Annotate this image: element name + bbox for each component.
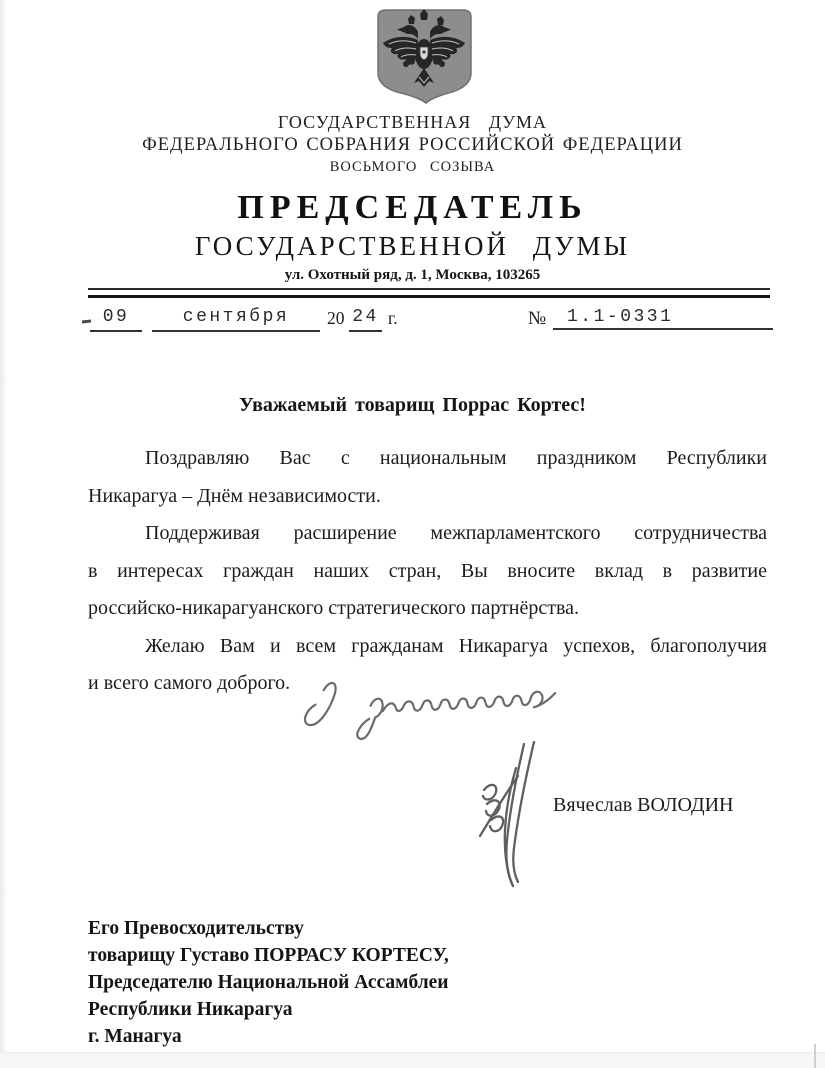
scanned-letter-page: ГОСУДАРСТВЕННАЯ ДУМА ФЕДЕРАЛЬНОГО СОБРАН… — [0, 0, 825, 1068]
letter-body: Поздравляю Вас с национальным праздником… — [88, 440, 767, 703]
date-year-prefix: 20 — [327, 308, 345, 329]
closing-handwriting-icon — [283, 660, 602, 766]
number-sign-label: № — [528, 308, 546, 330]
date-month-field: сентября — [152, 305, 320, 332]
recipient-line: Председателю Национальной Ассамблеи — [88, 969, 449, 996]
signer-name: Вячеслав ВОЛОДИН — [553, 794, 733, 817]
recipient-block: Его Превосходительству товарищу Густаво … — [88, 915, 449, 1050]
recipient-line: товарищу Густаво ПОРРАСУ КОРТЕСУ, — [88, 942, 449, 969]
scan-edge-bottom — [0, 1052, 825, 1068]
paragraph-line: Поддерживая расширение межпарламентского… — [88, 515, 767, 553]
reference-number-field: 1.1-0331 — [553, 305, 773, 330]
recipient-line: г. Манагуа — [88, 1023, 449, 1050]
org-convocation-line: ВОСЬМОГО СОЗЫВА — [0, 159, 825, 176]
paragraph-line: в интересах граждан наших стран, Вы внос… — [88, 553, 767, 591]
date-era-label: г. — [388, 308, 398, 329]
salutation: Уважаемый товарищ Поррас Кортес! — [0, 394, 825, 417]
recipient-line: Его Превосходительству — [88, 915, 449, 942]
letterhead-divider-rule — [88, 288, 770, 298]
paragraph-line: российско-никарагуанского стратегическог… — [88, 590, 767, 628]
scan-edge-tick — [814, 1044, 816, 1068]
handwritten-signature-icon — [460, 740, 550, 890]
sender-title-line1: ПРЕДСЕДАТЕЛЬ — [0, 189, 825, 227]
russia-coat-of-arms-icon — [371, 7, 478, 104]
letterhead-address: ул. Охотный ряд, д. 1, Москва, 103265 — [0, 267, 825, 284]
paragraph-line: Никарагуа – Днём независимости. — [88, 478, 767, 516]
sender-title-line2: ГОСУДАРСТВЕННОЙ ДУМЫ — [0, 231, 825, 262]
org-name-line2: ФЕДЕРАЛЬНОГО СОБРАНИЯ РОССИЙСКОЙ ФЕДЕРАЦ… — [0, 135, 825, 156]
date-day-field: 09 — [90, 305, 142, 332]
recipient-line: Республики Никарагуа — [88, 996, 449, 1023]
paragraph-line: Поздравляю Вас с национальным праздником… — [88, 440, 767, 478]
org-name-line1: ГОСУДАРСТВЕННАЯ ДУМА — [0, 112, 825, 133]
paragraph-line: Желаю Вам и всем гражданам Никарагуа усп… — [88, 628, 767, 666]
date-year-suffix-field: 24 — [349, 305, 382, 332]
